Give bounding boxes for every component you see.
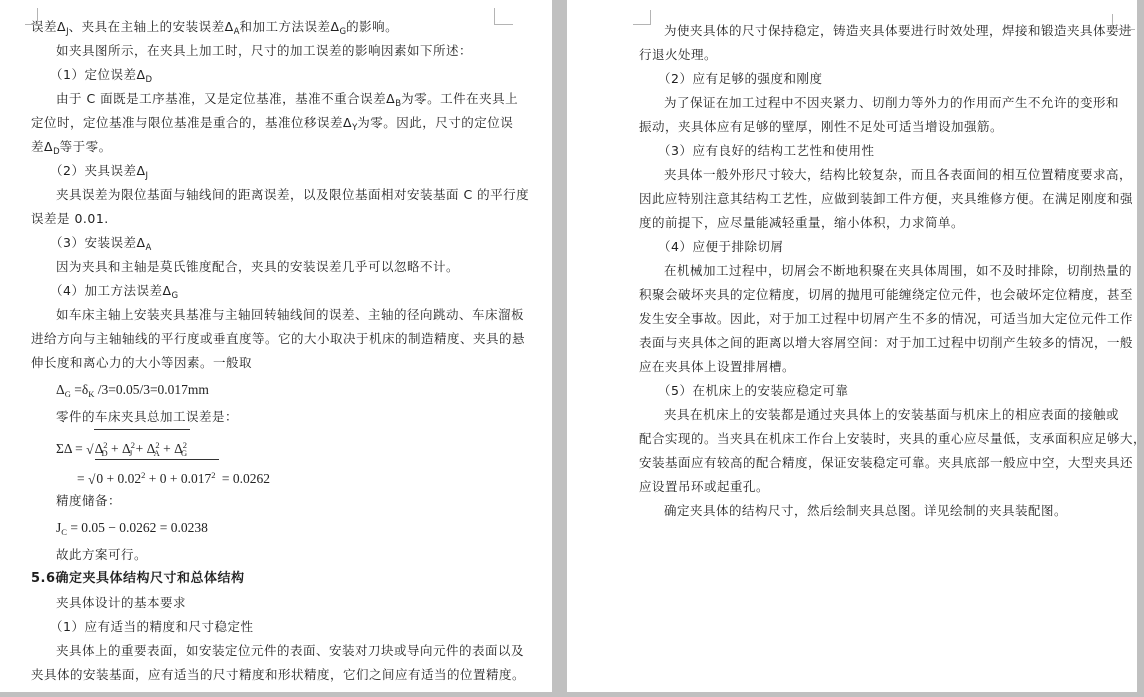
text-line: 5.6确定夹具体结构尺寸和总体结构 [31, 567, 552, 591]
text-line: ΔG =δK /3=0.05/3=0.017mm [31, 375, 552, 405]
text-line: 夹具体上的重要表面，如安装定位元件的表面、安装对刀块或导向元件的表面以及 [31, 639, 552, 663]
text-line: 夹具体的安装基面，应有适当的尺寸精度和形状精度，它们之间应有适当的位置精度。 [31, 663, 552, 687]
text-line: （3）应有良好的结构工艺性和使用性 [639, 139, 1137, 163]
workspace-edge-bottom [0, 692, 1144, 697]
text-line: 由于 C 面既是工序基准，又是定位基准，基准不重合误差ΔB为零。工件在夹具上 [31, 87, 552, 111]
document-page-left[interactable]: 误差ΔJ、夹具在主轴上的安装误差ΔA和加工方法误差ΔG的影响。如夹具图所示，在夹… [0, 0, 552, 692]
text-line: = √0 + 0.022 + 0 + 0.0172 = 0.0262 [31, 459, 552, 489]
text-line: 行退火处理。 [639, 43, 1137, 67]
text-line: 定位时，定位基准与限位基准是重合的，基准位移误差ΔY为零。因此，尺寸的定位误 [31, 111, 552, 135]
text-line: ΣΔ = √Δ2D + Δ2J + Δ2A + Δ2G [31, 429, 552, 459]
text-line: （2）应有足够的强度和刚度 [639, 67, 1137, 91]
text-line: 精度储备： [31, 489, 552, 513]
text-line: （1）应有适当的精度和尺寸稳定性 [31, 615, 552, 639]
text-line: 为了保证在加工过程中不因夹紧力、切削力等外力的作用而产生不允许的变形和 [639, 91, 1137, 115]
text-line: 振动，夹具体应有足够的壁厚，刚性不足处可适当增设加强筋。 [639, 115, 1137, 139]
text-line: 误差ΔJ、夹具在主轴上的安装误差ΔA和加工方法误差ΔG的影响。 [31, 15, 552, 39]
text-line: 在机械加工过程中，切屑会不断地积聚在夹具体周围，如不及时排除，切削热量的 [639, 259, 1137, 283]
text-line: （3）安装误差ΔA [31, 231, 552, 255]
text-line: 伸长度和离心力的大小等因素。一般取 [31, 351, 552, 375]
text-line: 确定夹具体的结构尺寸，然后绘制夹具总图。详见绘制的夹具装配图。 [639, 499, 1137, 523]
text-line: 应设置吊环或起重孔。 [639, 475, 1137, 499]
text-line: （5）在机床上的安装应稳定可靠 [639, 379, 1137, 403]
crop-mark-right-page-top-left [633, 10, 651, 25]
text-line: （1）定位误差ΔD [31, 63, 552, 87]
text-line: 夹具体设计的基本要求 [31, 591, 552, 615]
text-line: 夹具体一般外形尺寸较大，结构比较复杂，而且各表面间的相互位置精度要求高， [639, 163, 1137, 187]
text-line: （4）加工方法误差ΔG [31, 279, 552, 303]
document-canvas: 误差ΔJ、夹具在主轴上的安装误差ΔA和加工方法误差ΔG的影响。如夹具图所示，在夹… [0, 0, 1144, 697]
text-line: 表面与夹具体之间的距离以增大容屑空间：对于加工过程中切削产生较多的情况，一般 [639, 331, 1137, 355]
text-line: 故此方案可行。 [31, 543, 552, 567]
text-line: 度的前提下，应尽量能减轻重量，缩小体积，力求简单。 [639, 211, 1137, 235]
text-line: 误差是 0.01. [31, 207, 552, 231]
text-line: 进给方向与主轴轴线的平行度或垂直度等。它的大小取决于机床的制造精度、夹具的悬 [31, 327, 552, 351]
text-line: 夹具在机床上的安装都是通过夹具体上的安装基面与机床上的相应表面的接触或 [639, 403, 1137, 427]
text-line: 如夹具图所示，在夹具上加工时，尺寸的加工误差的影响因素如下所述： [31, 39, 552, 63]
text-line: JC = 0.05 − 0.0262 = 0.0238 [31, 513, 552, 543]
document-page-right[interactable]: 为使夹具体的尺寸保持稳定，铸造夹具体要进行时效处理，焊接和锻造夹具体要进行退火处… [567, 0, 1137, 692]
text-line: 差ΔD等于零。 [31, 135, 552, 159]
text-line: 积聚会破坏夹具的定位精度，切屑的抛甩可能缠绕定位元件，也会破坏定位精度，甚至 [639, 283, 1137, 307]
text-line: 发生安全事故。因此，对于加工过程中切屑产生不多的情况，可适当加大定位元件工作 [639, 307, 1137, 331]
page-gap-divider [552, 0, 567, 692]
workspace-edge-right [1137, 0, 1144, 692]
text-line: 为使夹具体的尺寸保持稳定，铸造夹具体要进行时效处理，焊接和锻造夹具体要进 [639, 19, 1137, 43]
crop-mark-right-page-top-right [1112, 14, 1135, 30]
crop-mark-left-page-top-left [25, 8, 38, 25]
text-line: 如车床主轴上安装夹具基准与主轴回转轴线间的误差、主轴的径向跳动、车床溜板 [31, 303, 552, 327]
text-line: 夹具误差为限位基面与轴线间的距离误差，以及限位基面相对安装基面 C 的平行度 [31, 183, 552, 207]
text-line: （2）夹具误差ΔJ [31, 159, 552, 183]
text-line: 配合实现的。当夹具在机床工作台上安装时，夹具的重心应尽量低，支承面积应足够大， [639, 427, 1137, 451]
text-line: 因此应特别注意其结构工艺性，应做到装卸工件方便，夹具维修方便。在满足刚度和强 [639, 187, 1137, 211]
text-line: 零件的车床夹具总加工误差是： [31, 405, 552, 429]
text-line: 因为夹具和主轴是莫氏锥度配合，夹具的安装误差几乎可以忽略不计。 [31, 255, 552, 279]
text-line: 应在夹具体上设置排屑槽。 [639, 355, 1137, 379]
text-line: （4）应便于排除切屑 [639, 235, 1137, 259]
crop-mark-left-page-top-right [494, 8, 513, 25]
text-line: 安装基面应有较高的配合精度，保证安装稳定可靠。夹具底部一般应中空，大型夹具还 [639, 451, 1137, 475]
